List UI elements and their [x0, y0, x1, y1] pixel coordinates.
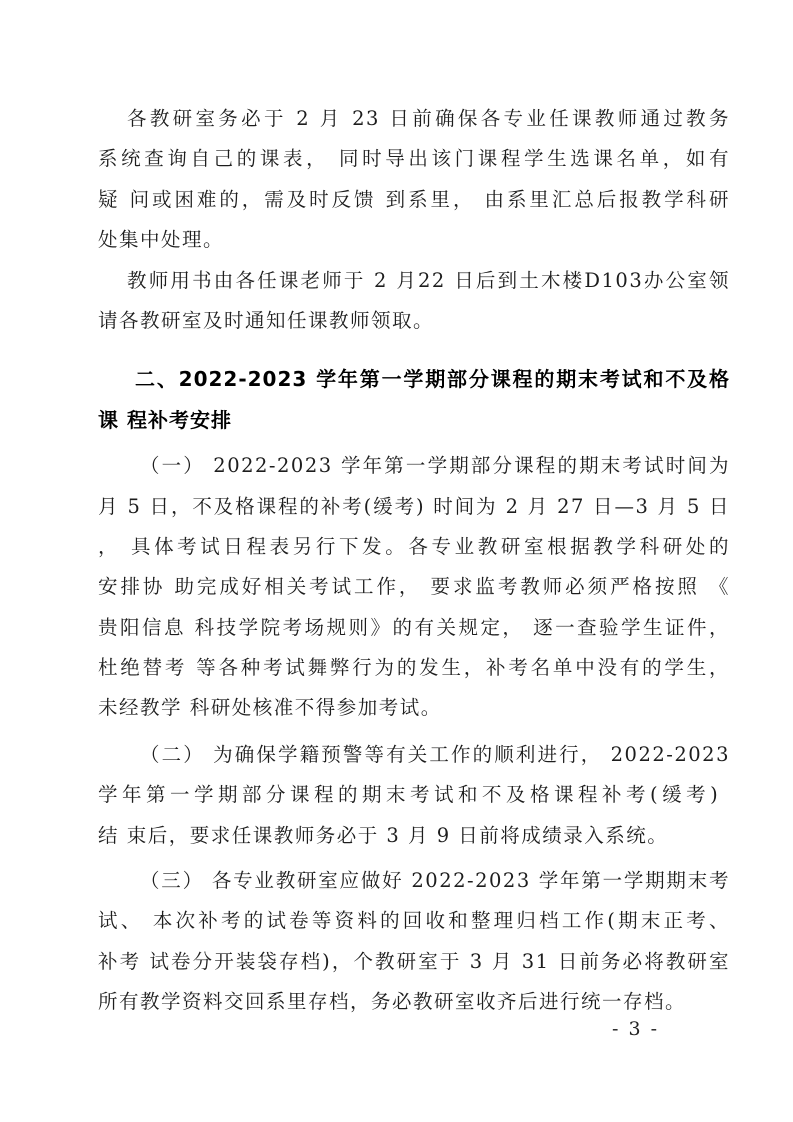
- heading-line: 课 程补考安排: [98, 400, 730, 440]
- text-line: （一） 2022-2023 学年第一学期部分课程的期末考试时间为 3: [98, 446, 730, 486]
- paragraph-item-1-exam-schedule: （一） 2022-2023 学年第一学期部分课程的期末考试时间为 3 月 5 日…: [98, 446, 730, 729]
- text-line: ， 具体考试日程表另行下发。各专业教研室根据教学科研处的: [98, 527, 730, 567]
- text-line: 结 束后，要求任课教师务必于 3 月 9 日前将成绩录入系统。: [98, 816, 730, 856]
- document-page: 各教研室务必于 2 月 23 日前确保各专业任课教师通过教务 系统查询自己的课表…: [0, 0, 793, 1122]
- text-line: 未经教学 科研处核准不得参加考试。: [98, 688, 730, 728]
- text-line: 月 5 日，不及格课程的补考(缓考) 时间为 2 月 27 日—3 月 5 日: [98, 487, 730, 527]
- paragraph-teacher-books: 教师用书由各任课老师于 2 月22 日后到土木楼D103办公室领取， 请各教研室…: [98, 261, 730, 342]
- text-line: 教师用书由各任课老师于 2 月22 日后到土木楼D103办公室领取，: [98, 261, 730, 301]
- text-line: 补考 试卷分开装袋存档)，个教研室于 3 月 31 日前务必将教研室: [98, 942, 730, 982]
- text-line: 请各教研室及时通知任课教师领取。: [98, 301, 730, 341]
- text-line: （二） 为确保学籍预警等有关工作的顺利进行， 2022-2023: [98, 735, 730, 775]
- page-number: - 3 -: [612, 1018, 692, 1040]
- text-line: 杜绝替考 等各种考试舞弊行为的发生，补考名单中没有的学生，: [98, 648, 730, 688]
- text-line: 试、 本次补考的试卷等资料的回收和整理归档工作(期末正考、: [98, 901, 730, 941]
- text-line: 疑 问或困难的，需及时反馈 到系里， 由系里汇总后报教学科研: [98, 180, 730, 220]
- paragraph-item-3-archiving: （三） 各专业教研室应做好 2022-2023 学年第一学期期末考 试、 本次补…: [98, 861, 730, 1023]
- paragraph-course-table-check: 各教研室务必于 2 月 23 日前确保各专业任课教师通过教务 系统查询自己的课表…: [98, 99, 730, 261]
- text-line: 学年第一学期部分课程的期末考试和不及格课程补考(缓考): [98, 775, 730, 815]
- text-line: 所有教学资料交回系里存档，务必教研室收齐后进行统一存档。: [98, 982, 730, 1022]
- text-line: （三） 各专业教研室应做好 2022-2023 学年第一学期期末考: [98, 861, 730, 901]
- text-line: 各教研室务必于 2 月 23 日前确保各专业任课教师通过教务: [98, 99, 730, 139]
- heading-line: 二、2022-2023 学年第一学期部分课程的期末考试和不及格: [98, 359, 730, 399]
- paragraph-item-2-grade-entry: （二） 为确保学籍预警等有关工作的顺利进行， 2022-2023 学年第一学期部…: [98, 735, 730, 856]
- text-line: 贵阳信息 科技学院考场规则》的有关规定， 逐一查验学生证件，: [98, 608, 730, 648]
- text-line: 处集中处理。: [98, 220, 730, 260]
- text-line: 系统查询自己的课表， 同时导出该门课程学生选课名单，如有: [98, 139, 730, 179]
- section-heading-exam-and-makeup: 二、2022-2023 学年第一学期部分课程的期末考试和不及格 课 程补考安排: [98, 359, 730, 440]
- text-line: 安排协 助完成好相关考试工作， 要求监考教师必须严格按照 《: [98, 567, 730, 607]
- document-body: 各教研室务必于 2 月 23 日前确保各专业任课教师通过教务 系统查询自己的课表…: [98, 99, 730, 1023]
